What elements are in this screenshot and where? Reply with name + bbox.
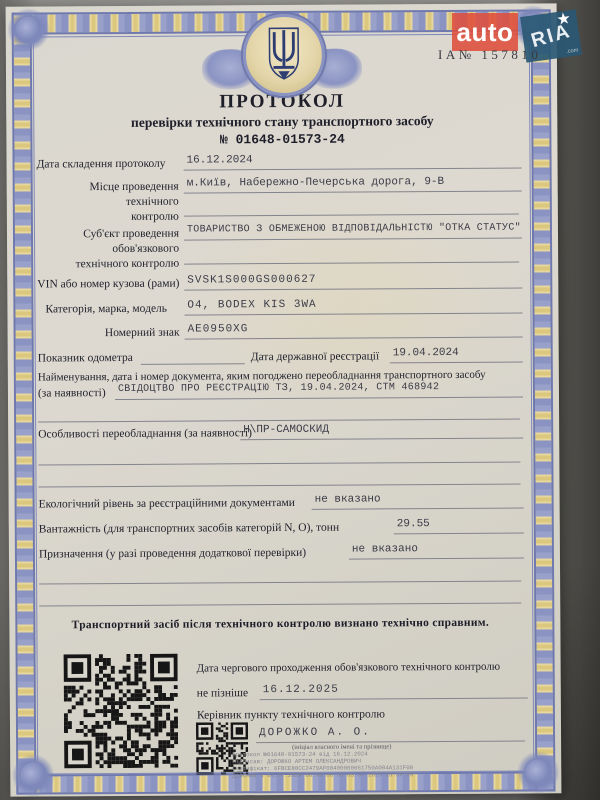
border-corner-flourish (8, 8, 50, 50)
border-inner-line (33, 33, 534, 774)
trident-emblem-icon (263, 26, 305, 84)
document-photo: ПРОТОКОЛ перевірки технічного стану тран… (0, 0, 600, 800)
blank-serial-number: ІА№ 157810 (438, 47, 541, 63)
auto-ria-watermark-auto: auto (452, 13, 518, 51)
emblem-medallion (243, 14, 325, 96)
border-ornament-right (531, 9, 556, 791)
protocol-sheet: ПРОТОКОЛ перевірки технічного стану тран… (6, 3, 562, 796)
ria-watermark-com: .com (566, 47, 579, 55)
border-corner-flourish (517, 751, 559, 793)
border-corner-flourish (12, 754, 54, 796)
